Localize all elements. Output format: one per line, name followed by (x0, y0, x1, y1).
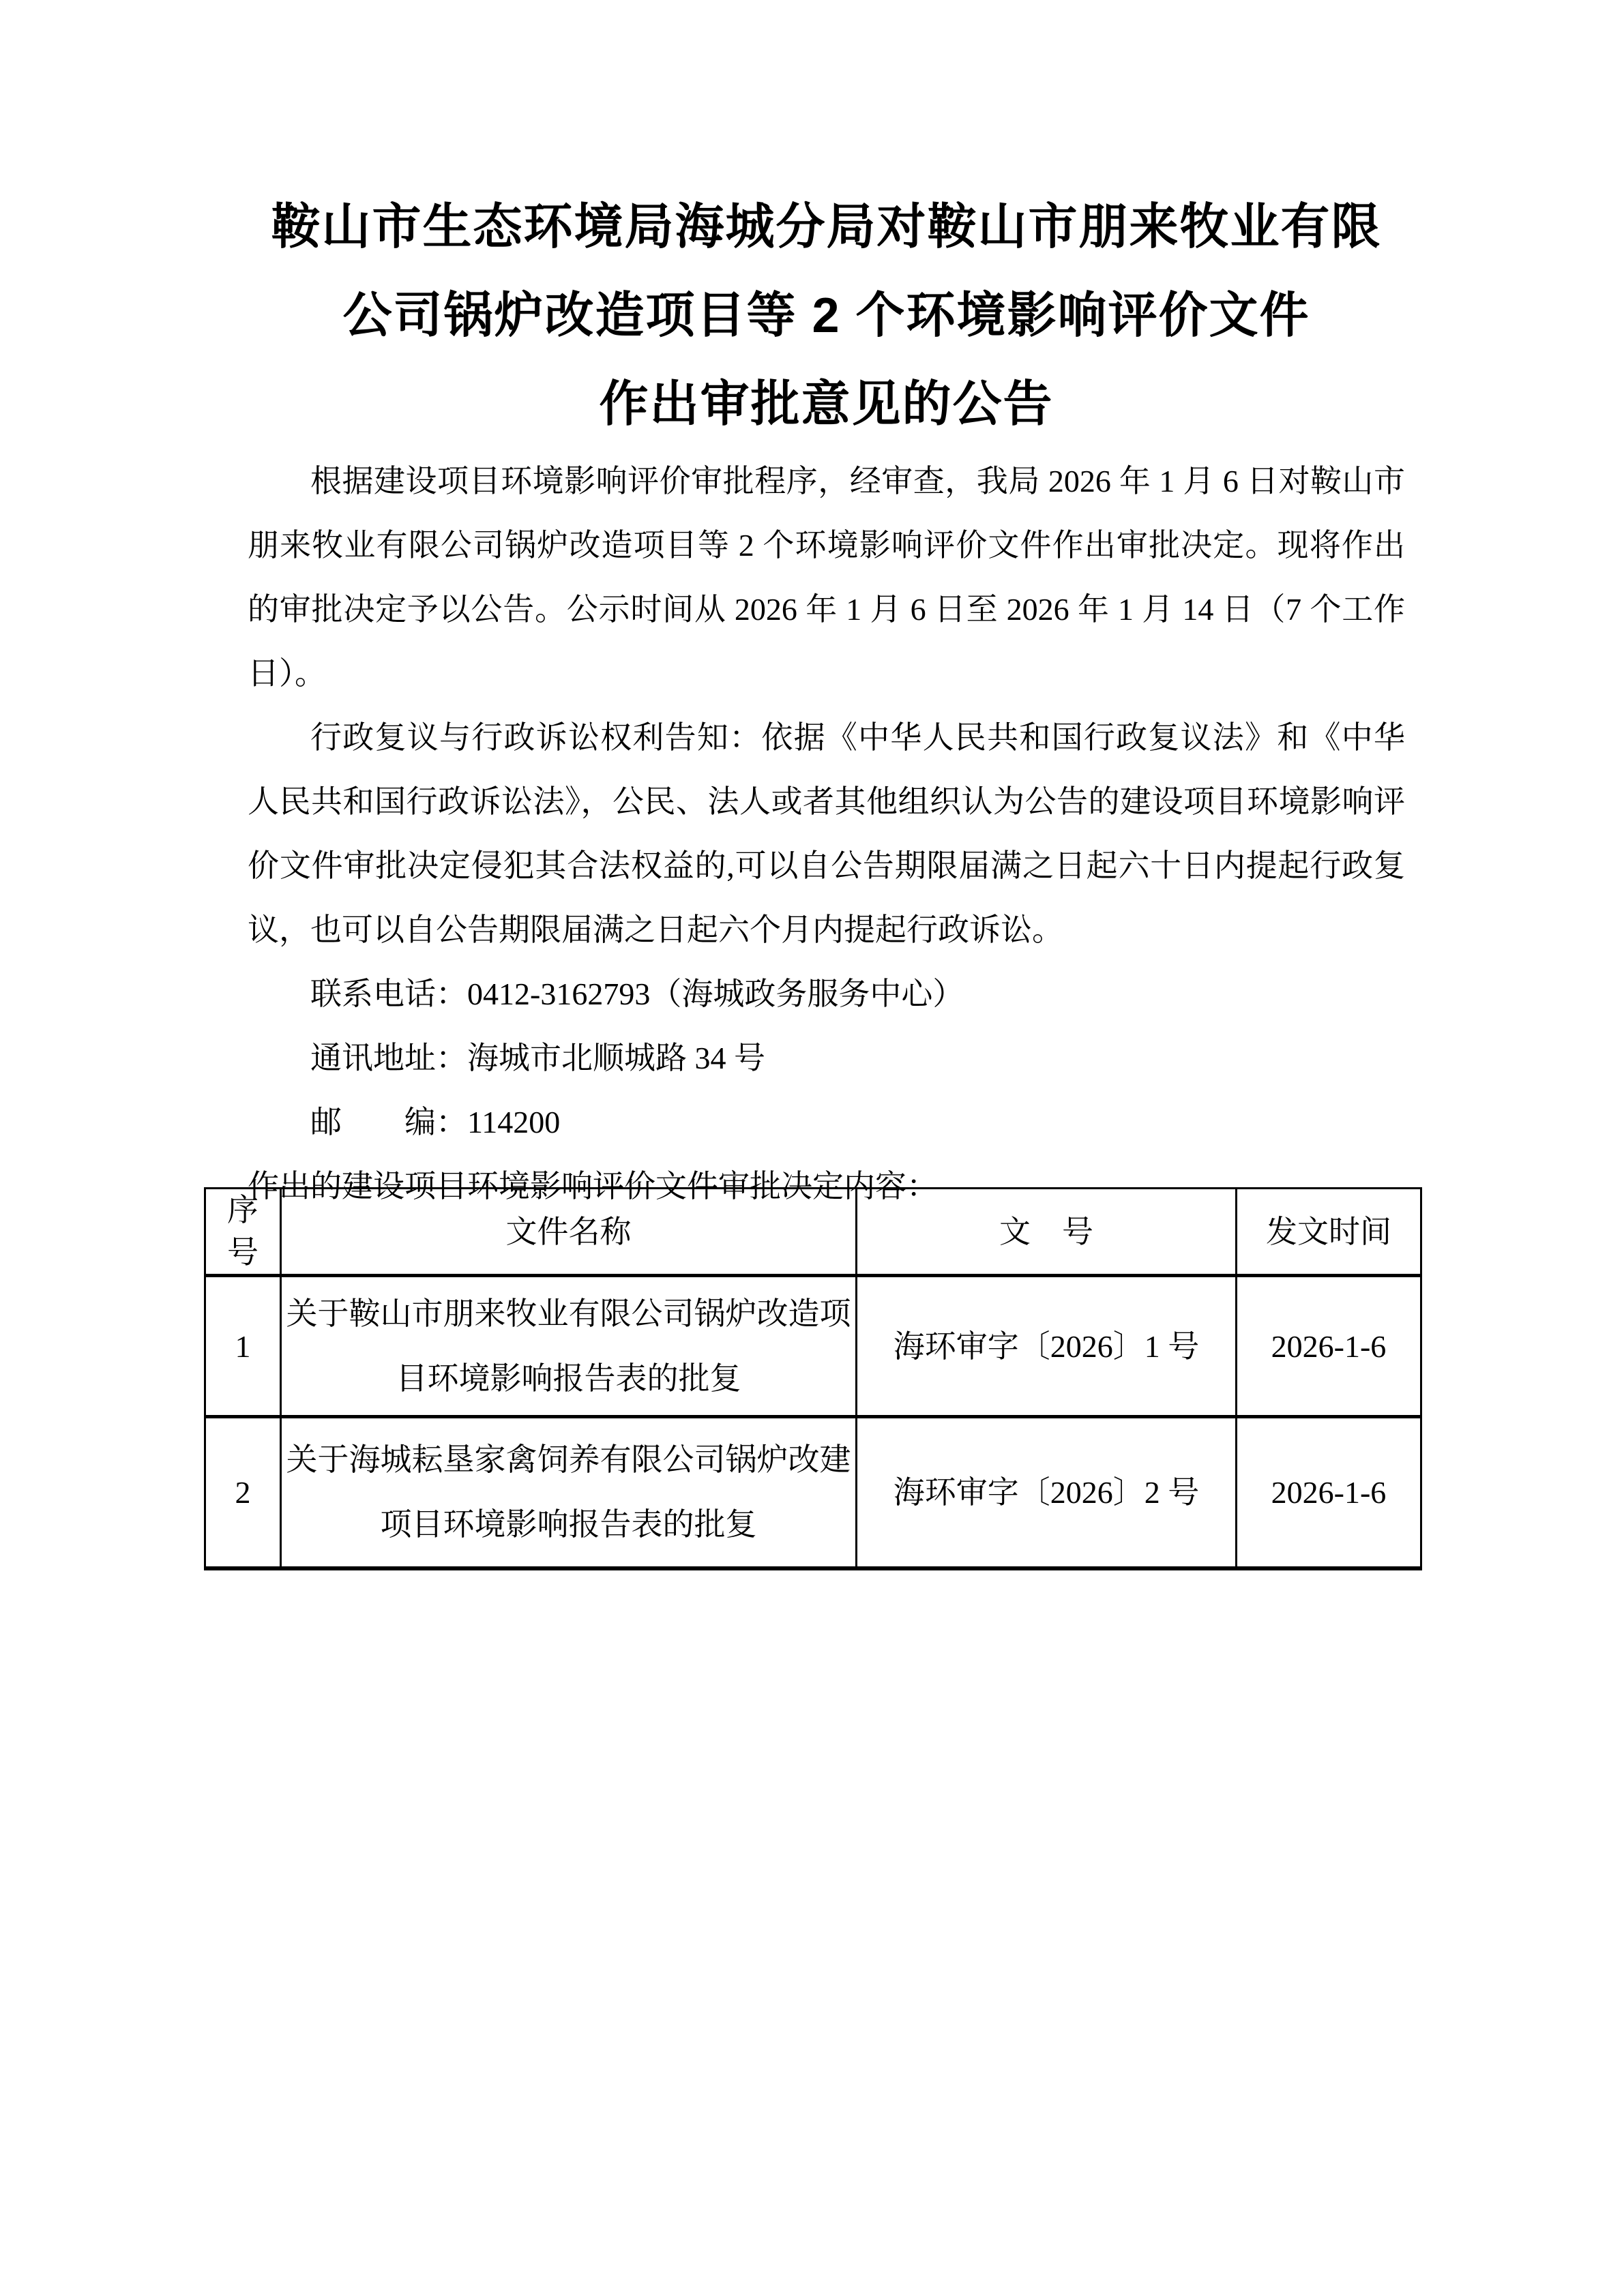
paragraph-approval-decision: 根据建设项目环境影响评价审批程序，经审查，我局 2026 年 1 月 6 日对鞍… (248, 449, 1405, 706)
contact-address-line: 通讯地址：海城市北顺城路 34 号 (248, 1026, 1405, 1090)
document-page: 鞍山市生态环境局海城分局对鞍山市朋来牧业有限 公司锅炉改造项目等 2 个环境影响… (0, 0, 1624, 2296)
contact-phone-line: 联系电话：0412-3162793（海城政务服务中心） (248, 962, 1405, 1026)
cell-document-name: 关于鞍山市朋来牧业有限公司锅炉改造项目环境影响报告表的批复 (281, 1276, 857, 1417)
document-body: 根据建设项目环境影响评价审批程序，经审查，我局 2026 年 1 月 6 日对鞍… (248, 449, 1405, 1219)
header-document-number: 文 号 (857, 1189, 1237, 1276)
cell-issue-date: 2026-1-6 (1237, 1417, 1421, 1568)
table-row: 1 关于鞍山市朋来牧业有限公司锅炉改造项目环境影响报告表的批复 海环审字〔202… (205, 1276, 1421, 1417)
approval-decision-table: 序号 文件名称 文 号 发文时间 1 关于鞍山市朋来牧业有限公司锅炉改造项目环境… (204, 1187, 1422, 1570)
title-line-3: 作出审批意见的公告 (248, 360, 1405, 449)
table-header-row: 序号 文件名称 文 号 发文时间 (205, 1189, 1421, 1276)
header-document-name: 文件名称 (281, 1189, 857, 1276)
contact-postcode-line: 邮 编：114200 (248, 1090, 1405, 1154)
cell-document-name: 关于海城耘垦家禽饲养有限公司锅炉改建项目环境影响报告表的批复 (281, 1417, 857, 1568)
paragraph-legal-rights: 行政复议与行政诉讼权利告知：依据《中华人民共和国行政复议法》和《中华人民共和国行… (248, 706, 1405, 962)
document-title: 鞍山市生态环境局海城分局对鞍山市朋来牧业有限 公司锅炉改造项目等 2 个环境影响… (248, 183, 1405, 449)
table-row: 2 关于海城耘垦家禽饲养有限公司锅炉改建项目环境影响报告表的批复 海环审字〔20… (205, 1417, 1421, 1568)
cell-serial-number: 2 (205, 1417, 281, 1568)
title-line-2: 公司锅炉改造项目等 2 个环境影响评价文件 (248, 271, 1405, 360)
cell-issue-date: 2026-1-6 (1237, 1276, 1421, 1417)
cell-document-number: 海环审字〔2026〕2 号 (857, 1417, 1237, 1568)
header-serial-number: 序号 (205, 1189, 281, 1276)
title-line-1: 鞍山市生态环境局海城分局对鞍山市朋来牧业有限 (248, 183, 1405, 271)
cell-serial-number: 1 (205, 1276, 281, 1417)
header-issue-date: 发文时间 (1237, 1189, 1421, 1276)
cell-document-number: 海环审字〔2026〕1 号 (857, 1276, 1237, 1417)
